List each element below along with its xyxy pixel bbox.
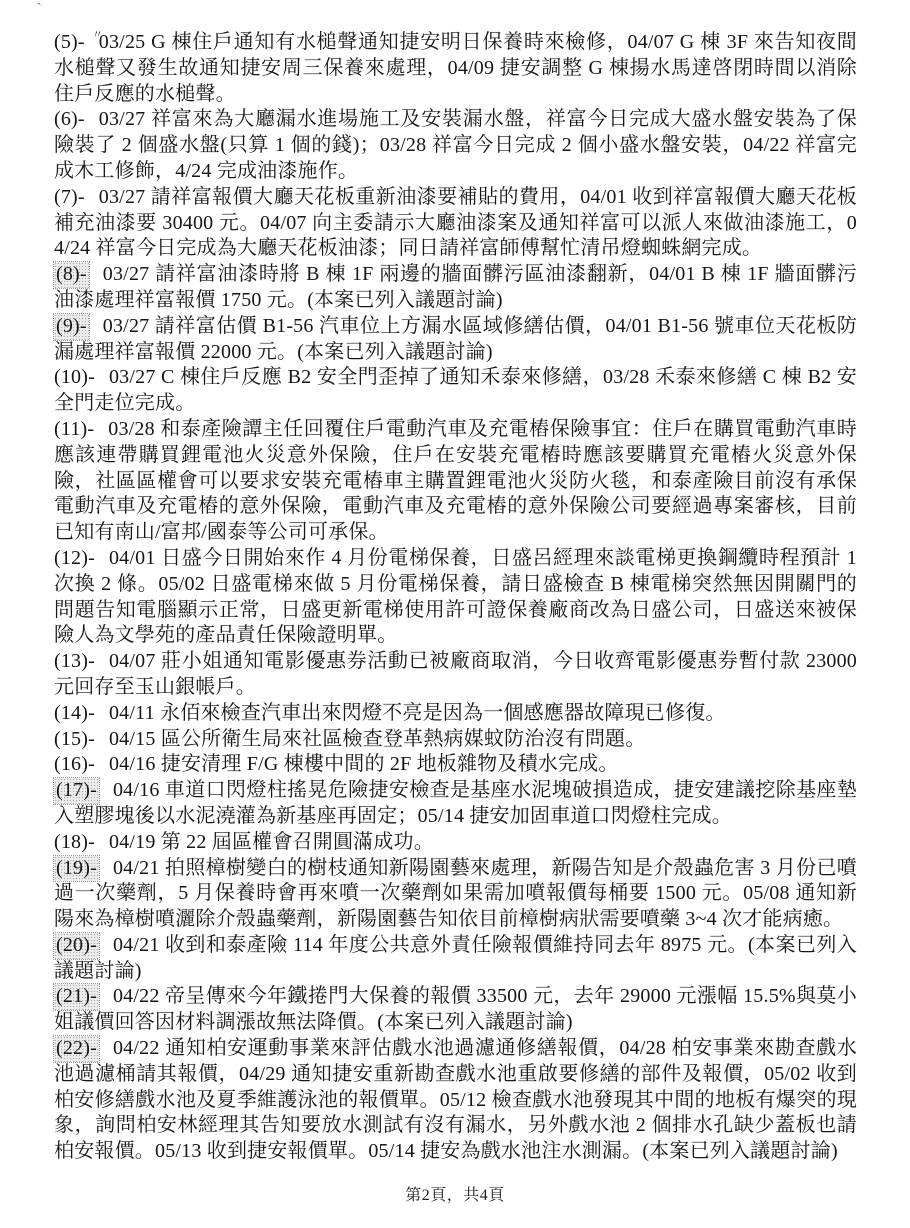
- item-number-highlighted: (9)-: [54, 314, 89, 340]
- item-text: 04/16 捷安清理 F/G 棟樓中間的 2F 地板雜物及積水完成。: [109, 753, 619, 775]
- item-number-highlighted: (22)-: [54, 1036, 99, 1062]
- item-text: 03/27 請祥富報價大廳天花板重新油漆要補貼的費用，04/01 收到祥富報價大…: [54, 186, 857, 260]
- item-number-highlighted: (21)-: [54, 984, 99, 1010]
- item-number: (18)-: [54, 830, 95, 856]
- item-number: (10)-: [54, 365, 95, 391]
- item-text: 04/01 日盛今日開始來作 4 月份電梯保養，日盛呂經理來談電梯更換鋼纜時程預…: [54, 547, 857, 646]
- page-footer: 第2頁，共4頁: [0, 1182, 910, 1205]
- report-item-12: (12)-04/01 日盛今日開始來作 4 月份電梯保養，日盛呂經理來談電梯更換…: [54, 546, 857, 649]
- scan-artifact: ˋ: [36, 0, 44, 16]
- report-body: (5)-03/25 G 棟住戶通知有水槌聲通知捷安明日保養時來檢修，04/07 …: [54, 30, 857, 1165]
- item-number: (13)-: [54, 649, 95, 675]
- item-text: 04/21 收到和泰產險 114 年度公共意外責任險報價維持同去年 8975 元…: [54, 934, 857, 982]
- item-text: 04/21 拍照樟樹變白的樹枝通知新陽園藝來處理，新陽告知是介殼蟲危害 3 月份…: [54, 857, 857, 931]
- item-text: 04/19 第 22 屆區權會召開圓滿成功。: [109, 831, 434, 853]
- item-number: (12)-: [54, 546, 95, 572]
- report-item-21: (21)-04/22 帝呈傳來今年鐵捲門大保養的報價 33500 元，去年 29…: [54, 984, 857, 1036]
- report-item-13: (13)-04/07 莊小姐通知電影優惠券活動已被廠商取消，今日收齊電影優惠券暫…: [54, 649, 857, 701]
- report-item-22: (22)-04/22 通知柏安運動事業來評估戲水池過濾通修繕報價，04/28 柏…: [54, 1036, 857, 1165]
- item-number-highlighted: (17)-: [54, 778, 99, 804]
- item-number-highlighted: (20)-: [54, 933, 99, 959]
- item-number: (7)-: [54, 185, 85, 211]
- report-item-14: (14)-04/11 永佰來檢查汽車出來閃燈不亮是因為一個感應器故障現已修復。: [54, 701, 857, 727]
- report-item-11: (11)-03/28 和泰產險譚主任回覆住戶電動汽車及充電樁保險事宜：住戶在購買…: [54, 417, 857, 546]
- item-number: (11)-: [54, 417, 94, 443]
- item-number: (6)-: [54, 107, 85, 133]
- scanned-report-page: ˋ 〃 (5)-03/25 G 棟住戶通知有水槌聲通知捷安明日保養時來檢修，04…: [0, 0, 910, 1228]
- report-item-17: (17)-04/16 車道口閃燈柱搖晃危險捷安檢查是基座水泥塊破損造成，捷安建議…: [54, 778, 857, 830]
- item-text: 04/11 永佰來檢查汽車出來閃燈不亮是因為一個感應器故障現已修復。: [109, 702, 726, 724]
- item-number: (16)-: [54, 752, 95, 778]
- report-item-6: (6)-03/27 祥富來為大廳漏水進場施工及安裝漏水盤，祥富今日完成大盛水盤安…: [54, 107, 857, 184]
- item-number-highlighted: (19)-: [54, 856, 99, 882]
- report-item-16: (16)-04/16 捷安清理 F/G 棟樓中間的 2F 地板雜物及積水完成。: [54, 752, 857, 778]
- item-text: 04/07 莊小姐通知電影優惠券活動已被廠商取消，今日收齊電影優惠券暫付款 23…: [54, 650, 857, 698]
- item-text: 03/27 祥富來為大廳漏水進場施工及安裝漏水盤，祥富今日完成大盛水盤安裝為了保…: [54, 108, 857, 182]
- item-text: 03/27 請祥富油漆時將 B 棟 1F 兩邊的牆面髒污區油漆翻新，04/01 …: [54, 263, 857, 311]
- item-text: 03/27 請祥富估價 B1-56 汽車位上方漏水區域修繕估價，04/01 B1…: [54, 315, 857, 363]
- report-item-18: (18)-04/19 第 22 屆區權會召開圓滿成功。: [54, 830, 857, 856]
- report-item-7: (7)-03/27 請祥富報價大廳天花板重新油漆要補貼的費用，04/01 收到祥…: [54, 185, 857, 262]
- item-number: (14)-: [54, 701, 95, 727]
- report-item-10: (10)-03/27 C 棟住戶反應 B2 安全門歪掉了通知禾泰來修繕，03/2…: [54, 365, 857, 417]
- report-item-19: (19)-04/21 拍照樟樹變白的樹枝通知新陽園藝來處理，新陽告知是介殼蟲危害…: [54, 856, 857, 933]
- report-item-9: (9)-03/27 請祥富估價 B1-56 汽車位上方漏水區域修繕估價，04/0…: [54, 314, 857, 366]
- item-text: 04/15 區公所衛生局來社區檢查登革熱病媒蚊防治沒有問題。: [109, 728, 646, 750]
- report-item-5: (5)-03/25 G 棟住戶通知有水槌聲通知捷安明日保養時來檢修，04/07 …: [54, 30, 857, 107]
- item-number: (15)-: [54, 727, 95, 753]
- report-item-15: (15)-04/15 區公所衛生局來社區檢查登革熱病媒蚊防治沒有問題。: [54, 727, 857, 753]
- report-item-8: (8)-03/27 請祥富油漆時將 B 棟 1F 兩邊的牆面髒污區油漆翻新，04…: [54, 262, 857, 314]
- report-item-20: (20)-04/21 收到和泰產險 114 年度公共意外責任險報價維持同去年 8…: [54, 933, 857, 985]
- item-text: 04/16 車道口閃燈柱搖晃危險捷安檢查是基座水泥塊破損造成，捷安建議挖除基座墊…: [54, 779, 857, 827]
- item-text: 04/22 帝呈傳來今年鐵捲門大保養的報價 33500 元，去年 29000 元…: [54, 985, 857, 1033]
- item-text: 03/27 C 棟住戶反應 B2 安全門歪掉了通知禾泰來修繕，03/28 禾泰來…: [54, 366, 857, 414]
- item-text: 04/22 通知柏安運動事業來評估戲水池過濾通修繕報價，04/28 柏安事業來勘…: [54, 1037, 857, 1162]
- item-text: 03/28 和泰產險譚主任回覆住戶電動汽車及充電樁保險事宜：住戶在購買電動汽車時…: [54, 418, 857, 543]
- item-number-highlighted: (8)-: [54, 262, 89, 288]
- item-number: (5)-: [54, 30, 85, 56]
- item-text: 03/25 G 棟住戶通知有水槌聲通知捷安明日保養時來檢修，04/07 G 棟 …: [54, 31, 857, 105]
